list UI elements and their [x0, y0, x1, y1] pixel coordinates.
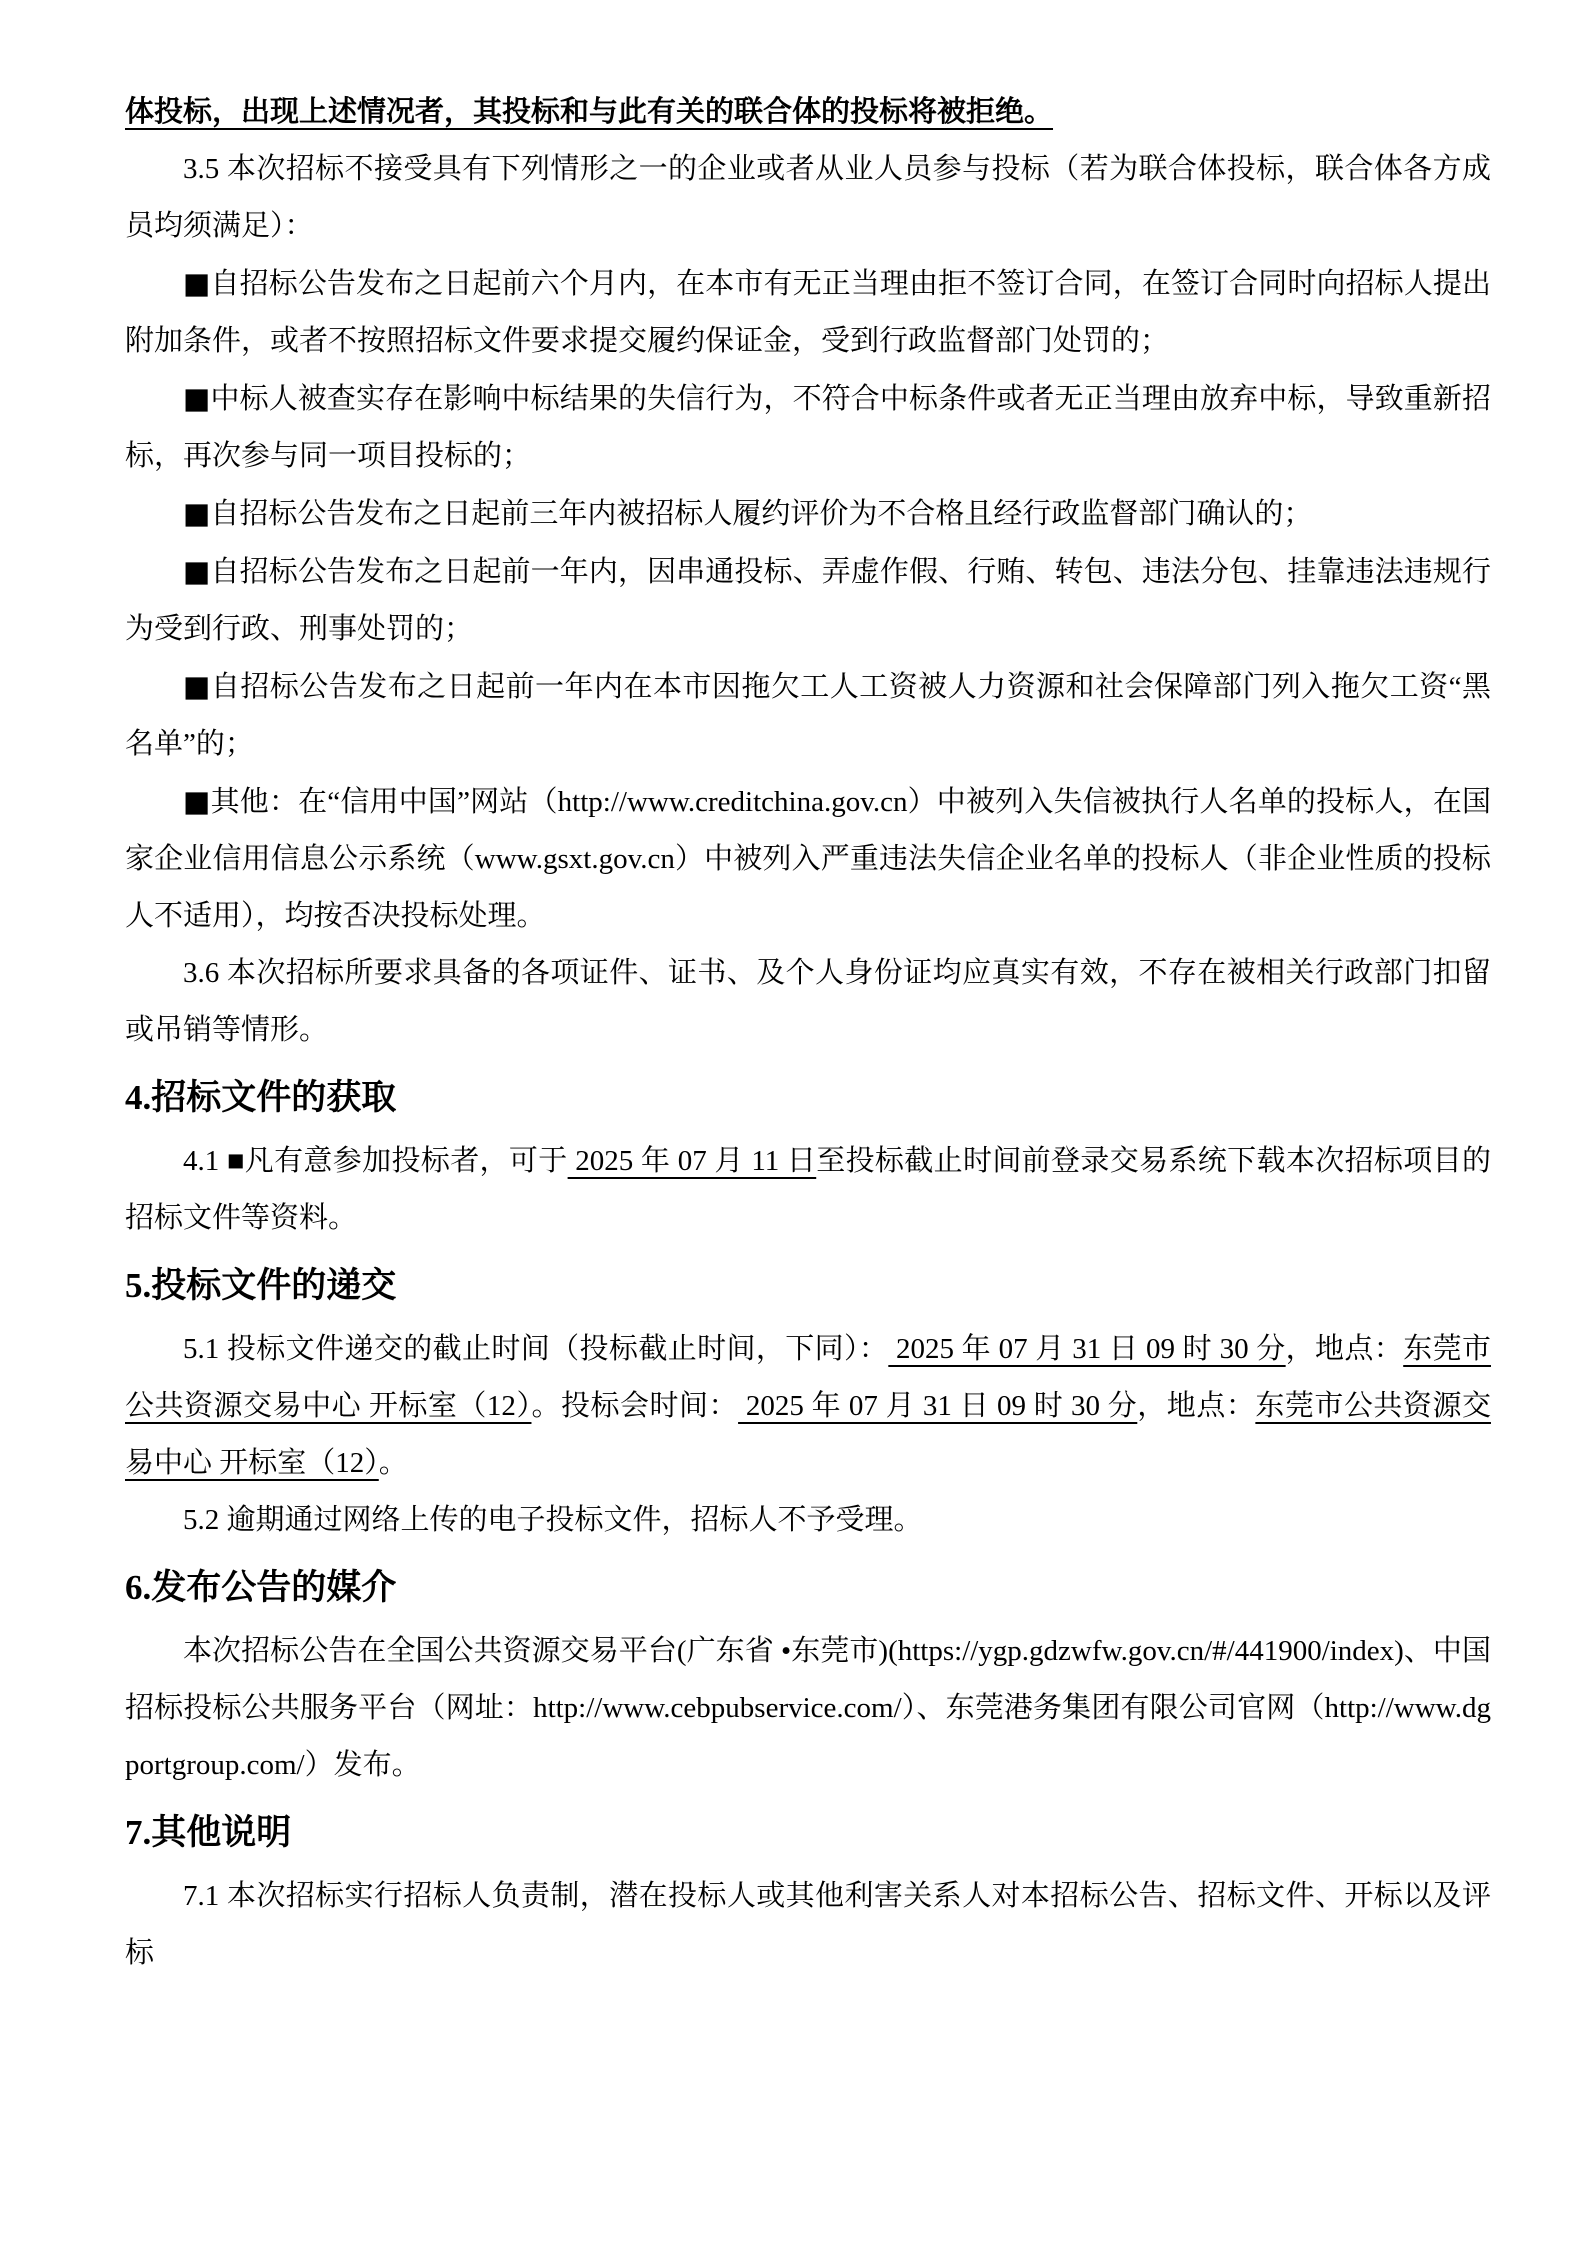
square-bullet-icon: ■	[183, 496, 210, 530]
clause-3-5: 3.5 本次招标不接受具有下列情形之一的企业或者从业人员参与投标（若为联合体投标…	[125, 141, 1491, 255]
disqualification-item: ■自招标公告发布之日起前三年内被招标人履约评价为不合格且经行政监督部门确认的；	[125, 485, 1491, 543]
clause-3-6: 3.6 本次招标所要求具备的各项证件、证书、及个人身份证均应真实有效，不存在被相…	[125, 945, 1491, 1059]
item-text: 中标人被查实存在影响中标结果的失信行为，不符合中标条件或者无正当理由放弃中标，导…	[125, 383, 1491, 472]
square-bullet-icon: ■	[183, 669, 211, 703]
document-page: 体投标，出现上述情况者，其投标和与此有关的联合体的投标将被拒绝。 3.5 本次招…	[0, 0, 1587, 2245]
item-text: 自招标公告发布之日起前一年内在本市因拖欠工人工资被人力资源和社会保障部门列入拖欠…	[125, 671, 1491, 760]
doc-download-start-date: 2025 年 07 月 11 日	[568, 1145, 817, 1177]
section-4-heading: 4.招标文件的获取	[125, 1067, 1491, 1129]
bid-opening-time: 2025 年 07 月 31 日 09 时 30 分	[738, 1390, 1137, 1422]
disqualification-item: ■自招标公告发布之日起前一年内，因串通投标、弄虚作假、行贿、转包、违法分包、挂靠…	[125, 543, 1491, 658]
text-run: 5.1 投标文件递交的截止时间（投标截止时间，下同）：	[183, 1333, 888, 1365]
section-5-heading: 5.投标文件的递交	[125, 1255, 1491, 1317]
clause-5-2: 5.2 逾期通过网络上传的电子投标文件，招标人不予受理。	[125, 1492, 1491, 1549]
square-bullet-icon: ■	[183, 381, 211, 415]
clause-7-1: 7.1 本次招标实行招标人负责制，潜在投标人或其他利害关系人对本招标公告、招标文…	[125, 1868, 1491, 1982]
text-run: ，地点：	[1137, 1390, 1255, 1422]
clause-4-1: 4.1 ■凡有意参加投标者，可于 2025 年 07 月 11 日至投标截止时间…	[125, 1133, 1491, 1247]
section-6-heading: 6.发布公告的媒介	[125, 1557, 1491, 1619]
text-run: 。投标会时间：	[531, 1390, 738, 1422]
text-run: 4.1 ■凡有意参加投标者，可于	[183, 1145, 568, 1177]
item-text: 自招标公告发布之日起前三年内被招标人履约评价为不合格且经行政监督部门确认的；	[210, 498, 1312, 530]
carryover-line: 体投标，出现上述情况者，其投标和与此有关的联合体的投标将被拒绝。	[125, 84, 1491, 141]
clause-5-1: 5.1 投标文件递交的截止时间（投标截止时间，下同）： 2025 年 07 月 …	[125, 1321, 1491, 1492]
carryover-text: 体投标，出现上述情况者，其投标和与此有关的联合体的投标将被拒绝。	[125, 96, 1053, 128]
section-7-heading: 7.其他说明	[125, 1802, 1491, 1864]
square-bullet-icon: ■	[183, 554, 211, 588]
square-bullet-icon: ■	[183, 266, 211, 300]
disqualification-item: ■其他：在“信用中国”网站（http://www.creditchina.gov…	[125, 773, 1491, 945]
text-run: ，地点：	[1286, 1333, 1404, 1365]
item-text: 自招标公告发布之日起前一年内，因串通投标、弄虚作假、行贿、转包、违法分包、挂靠违…	[125, 556, 1491, 645]
item-text: 其他：在“信用中国”网站（http://www.creditchina.gov.…	[125, 786, 1491, 932]
item-text: 自招标公告发布之日起前六个月内，在本市有无正当理由拒不签订合同，在签订合同时向招…	[125, 268, 1491, 357]
disqualification-item: ■自招标公告发布之日起前一年内在本市因拖欠工人工资被人力资源和社会保障部门列入拖…	[125, 658, 1491, 773]
media-paragraph: 本次招标公告在全国公共资源交易平台(广东省 •东莞市)(https://ygp.…	[125, 1623, 1491, 1794]
square-bullet-icon: ■	[183, 784, 211, 818]
disqualification-item: ■中标人被查实存在影响中标结果的失信行为，不符合中标条件或者无正当理由放弃中标，…	[125, 370, 1491, 485]
text-run: 。	[379, 1447, 408, 1479]
disqualification-item: ■自招标公告发布之日起前六个月内，在本市有无正当理由拒不签订合同，在签订合同时向…	[125, 255, 1491, 370]
bid-submission-deadline: 2025 年 07 月 31 日 09 时 30 分	[888, 1333, 1285, 1365]
